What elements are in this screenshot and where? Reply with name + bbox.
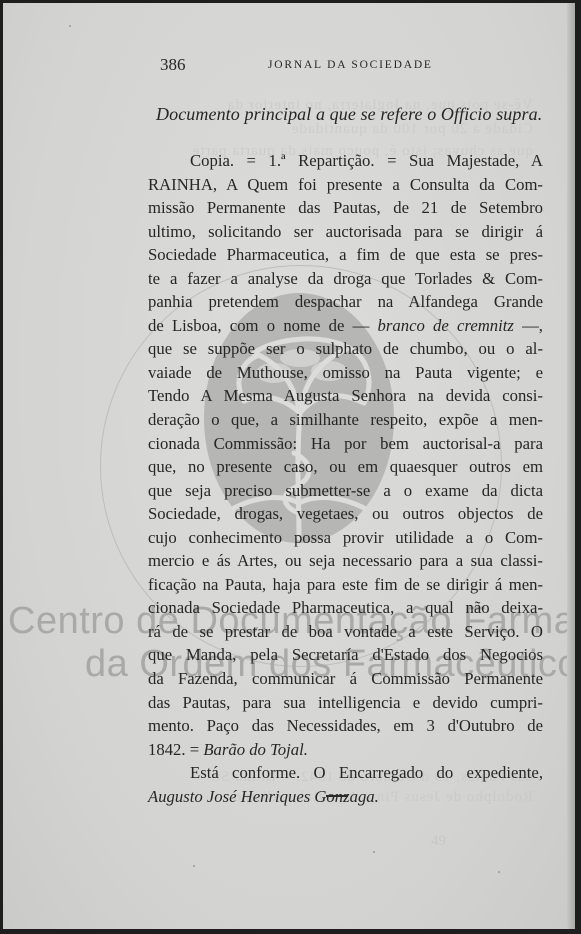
faint-page-number: 49 bbox=[431, 833, 446, 850]
text-line: que seja preciso submetter-se a o exame … bbox=[148, 479, 543, 503]
text-line: cujo conhecimento possa provir utilidade… bbox=[148, 526, 543, 550]
italic-text: branco de cremnitz bbox=[378, 316, 514, 335]
paper-speck bbox=[69, 25, 71, 27]
running-head: 386 JORNAL DA SOCIEDADE bbox=[160, 55, 540, 77]
journal-title: JORNAL DA SOCIEDADE bbox=[268, 59, 433, 71]
text-line: das Pautas, para sua intelligencia e dev… bbox=[148, 691, 543, 715]
text-span: de Lisboa, com o nome de — bbox=[148, 316, 378, 335]
text-line: Sociedade Pharmaceutica, a fim de que es… bbox=[148, 243, 543, 267]
text-line: ultimo, solicitando ser auctorisada para… bbox=[148, 220, 543, 244]
text-line: panhia pretendem despachar na Alfandega … bbox=[148, 290, 543, 314]
scanned-page: Vê-se pois que, na Inglaterra, no interi… bbox=[3, 3, 575, 929]
text-line: 1842. = Barão do Tojal. bbox=[148, 738, 543, 762]
text-line: deração o que, a similhante respeito, ex… bbox=[148, 408, 543, 432]
text-line: cionada Commissão: Ha por bem auctorisal… bbox=[148, 432, 543, 456]
text-line: que, no presente caso, ou em quaesquer o… bbox=[148, 455, 543, 479]
text-line: te a fazer a analyse da droga que Torlad… bbox=[148, 267, 543, 291]
paper-speck bbox=[498, 871, 500, 873]
document-heading: Documento principal a que se refere o Of… bbox=[156, 104, 546, 125]
page-number: 386 bbox=[160, 55, 186, 75]
text-line: ficação na Pauta, haja para este fim de … bbox=[148, 573, 543, 597]
text-span: 1842. = bbox=[148, 740, 203, 759]
text-line: mento. Paço das Necessidades, em 3 d'Out… bbox=[148, 714, 543, 738]
text-line: cionada Sociedade Pharmaceutica, a qual … bbox=[148, 596, 543, 620]
text-line: missão Permanente das Pautas, de 21 de S… bbox=[148, 196, 543, 220]
paper-speck bbox=[193, 865, 195, 867]
text-line: Copia. = 1.ª Repartição. = Sua Majestade… bbox=[148, 149, 543, 173]
text-line: vaiade de Muthouse, omisso na Pauta vige… bbox=[148, 361, 543, 385]
page-edge bbox=[567, 3, 575, 929]
text-line: Tendo A Mesma Augusta Senhora na devida … bbox=[148, 384, 543, 408]
text-line: Sociedade, drogas, vegetaes, ou outros o… bbox=[148, 502, 543, 526]
text-line: que Manda, pela Secretaría d'Estado dos … bbox=[148, 643, 543, 667]
text-line: rá de se prestar de boa vontade a este S… bbox=[148, 620, 543, 644]
text-line: Está conforme. O Encarregado do expedien… bbox=[148, 761, 543, 785]
text-span: —, bbox=[514, 316, 543, 335]
italic-text: Barão do Tojal. bbox=[203, 740, 308, 759]
section-divider bbox=[326, 795, 348, 797]
text-line: mercio e ás Artes, ou seja necessario pa… bbox=[148, 549, 543, 573]
text-line: que se suppõe ser o sulphato de chumbo, … bbox=[148, 337, 543, 361]
text-line: RAINHA, A Quem foi presente a Consulta d… bbox=[148, 173, 543, 197]
body-text: Copia. = 1.ª Repartição. = Sua Majestade… bbox=[148, 149, 543, 808]
text-line: da Fazenda, communicar á Commissão Perma… bbox=[148, 667, 543, 691]
paper-speck bbox=[373, 851, 375, 853]
text-line: de Lisboa, com o nome de — branco de cre… bbox=[148, 314, 543, 338]
